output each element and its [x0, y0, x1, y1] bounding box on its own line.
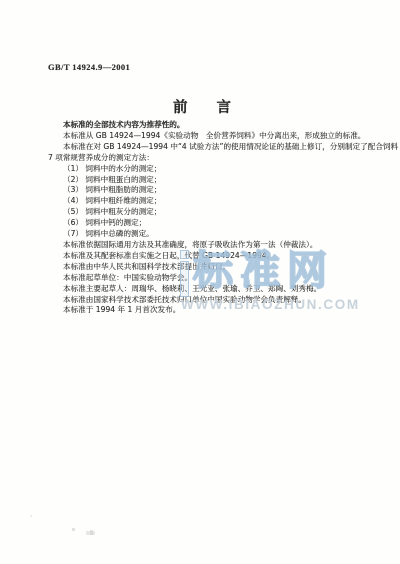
- scan-artifact: [72, 528, 75, 531]
- foreword-line: 本标准从 GB 14924—1994《实验动物 全价营养饲料》中分离出来，形成独…: [48, 131, 358, 142]
- page-title: 前 言: [48, 96, 356, 117]
- foreword-list-item: （7） 饲料中总磷的测定。: [48, 229, 358, 240]
- foreword-line: 本标准在对 GB 14924—1994 中“4 试验方法”的使用情况论证的基础上…: [48, 142, 358, 153]
- foreword-body: 本标准的全部技术内容为推荐性的。 本标准从 GB 14924—1994《实验动物…: [48, 120, 358, 316]
- scanned-document-page: GB/T 14924.9—2001 前 言 本标准的全部技术内容为推荐性的。 本…: [0, 0, 400, 564]
- scan-artifact: [30, 515, 32, 517]
- foreword-line: 本标准依据国际通用方法及其准确度，将原子吸收法作为第一法（仲裁法）。: [48, 240, 358, 251]
- foreword-list-item: （1） 饲料中的水分的测定；: [48, 164, 358, 175]
- scan-artifact: [90, 530, 93, 535]
- foreword-list-item: （2） 饲料中粗蛋白的测定；: [48, 175, 358, 186]
- foreword-line: 本标准的全部技术内容为推荐性的。: [48, 120, 358, 131]
- foreword-list-item: （3） 饲料中粗脂肪的测定；: [48, 185, 358, 196]
- foreword-list-item: （5） 饲料中粗灰分的测定；: [48, 207, 358, 218]
- watermark-url: WWW.iBIAOZHUN.COM: [181, 297, 360, 312]
- foreword-list-item: （4） 饲料中粗纤维的测定；: [48, 196, 358, 207]
- foreword-line: 本标准起草单位：中国实验动物学会。: [48, 273, 358, 284]
- foreword-list-item: （6） 饲料中钙的测定；: [48, 218, 358, 229]
- foreword-line: 本标准及其配套标准自实施之日起，代替 GB 14924—1994。: [48, 251, 358, 262]
- foreword-line: 7 项常规营养成分的测定方法：: [48, 153, 358, 164]
- standard-number: GB/T 14924.9—2001: [48, 62, 130, 72]
- foreword-line: 本标准由中华人民共和国科学技术部提出并归口。: [48, 262, 358, 273]
- foreword-line: 本标准主要起草人：周瑞华、杨晓莉、王光亚、张瑜、乔卫、郑陶、刘秀梅。: [48, 284, 358, 295]
